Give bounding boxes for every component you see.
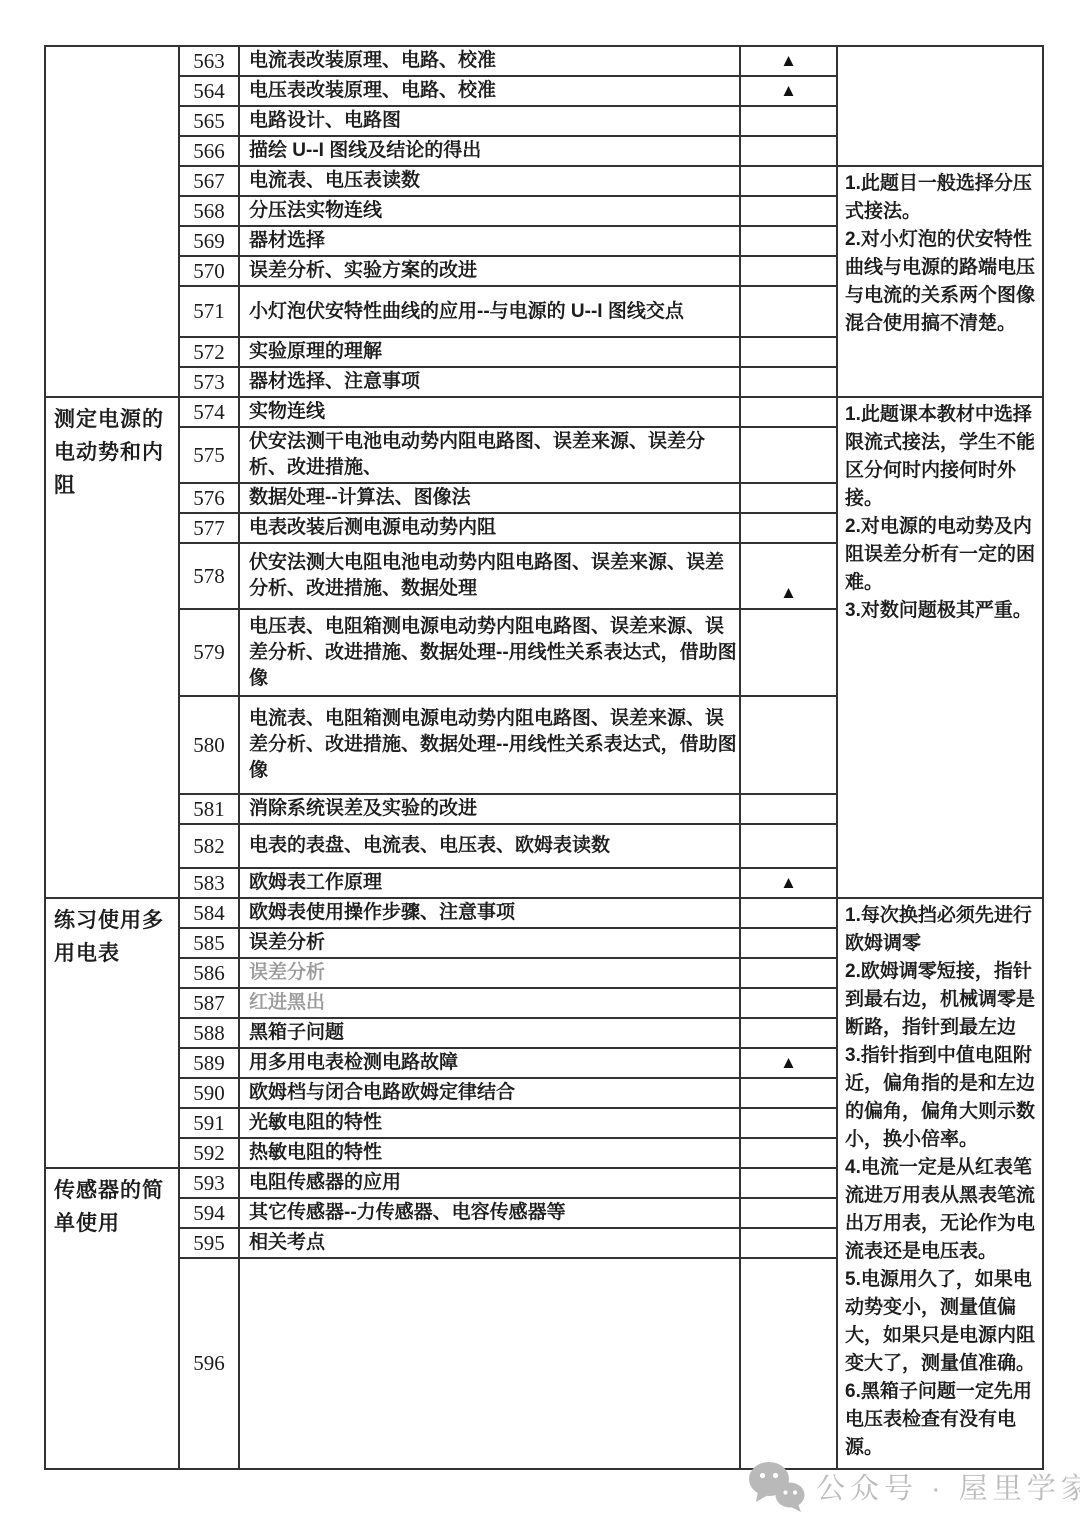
- topic-cell: 红进黑出: [239, 988, 740, 1018]
- topic-cell: 黑箱子问题: [239, 1018, 740, 1048]
- topic-cell: 器材选择、注意事项: [239, 367, 740, 397]
- category-cell: 练习使用多用电表: [45, 898, 179, 1168]
- topic-cell: 电路设计、电路图: [239, 106, 740, 136]
- row-number: 573: [179, 367, 239, 397]
- marker-cell-empty: [740, 1078, 837, 1108]
- topic-cell: 其它传感器--力传感器、电容传感器等: [239, 1198, 740, 1228]
- triangle-marker-cell: ▲: [740, 1048, 837, 1078]
- marker-cell-empty: [740, 483, 837, 513]
- row-number: 571: [179, 286, 239, 337]
- row-number: 563: [179, 46, 239, 76]
- topic-cell: 描绘 U--I 图线及结论的得出: [239, 136, 740, 166]
- topic-cell: 误差分析: [239, 928, 740, 958]
- topic-cell: 误差分析: [239, 958, 740, 988]
- watermark: 公众号 · 屋里学家: [746, 1458, 1080, 1514]
- triangle-marker-cell: ▲: [740, 76, 837, 106]
- row-number: 591: [179, 1108, 239, 1138]
- marker-cell-empty: [740, 958, 837, 988]
- row-number: 569: [179, 226, 239, 256]
- note-item: 4.电流一定是从红表笔流进万用表从黑表笔流出万用表，无论作为电流表还是电压表。: [845, 1154, 1038, 1266]
- row-number: 596: [179, 1258, 239, 1469]
- triangle-icon: ▲: [780, 583, 797, 602]
- row-number: 595: [179, 1228, 239, 1258]
- marker-cell-empty: [740, 1228, 837, 1258]
- topic-cell: 电流表、电阻箱测电源电动势内阻电路图、误差来源、误差分析、改进措施、数据处理--…: [239, 696, 740, 794]
- row-number: 593: [179, 1168, 239, 1198]
- note-item: 1.每次换挡必须先进行欧姆调零: [845, 902, 1038, 958]
- topic-cell: 欧姆表工作原理: [239, 868, 740, 898]
- notes-cell: 1.每次换挡必须先进行欧姆调零2.欧姆调零短接，指针到最右边，机械调零是断路，指…: [837, 898, 1043, 1469]
- triangle-icon: ▲: [780, 81, 797, 100]
- marker-cell-empty: [740, 367, 837, 397]
- topic-cell: 电流表改装原理、电路、校准: [239, 46, 740, 76]
- row-number: 570: [179, 256, 239, 286]
- page: 563电流表改装原理、电路、校准▲564电压表改装原理、电路、校准▲565电路设…: [0, 0, 1080, 1526]
- topic-cell: 消除系统误差及实验的改进: [239, 794, 740, 824]
- marker-cell-empty: [740, 1108, 837, 1138]
- row-number: 578: [179, 543, 239, 609]
- note-item: 2.对电源的电动势及内阻误差分析有一定的困难。: [845, 513, 1038, 597]
- marker-cell-empty: [740, 256, 837, 286]
- wechat-icon: [746, 1458, 806, 1514]
- note-item: 2.对小灯泡的伏安特性曲线与电源的路端电压与电流的关系两个图像混合使用搞不清楚。: [845, 226, 1038, 338]
- row-number: 572: [179, 337, 239, 367]
- topic-cell: 电压表、电阻箱测电源电动势内阻电路图、误差来源、误差分析、改进措施、数据处理--…: [239, 609, 740, 696]
- watermark-text: 公众号 · 屋里学家: [816, 1466, 1080, 1507]
- marker-cell-empty: [740, 1018, 837, 1048]
- marker-cell-empty: [740, 1168, 837, 1198]
- note-item: 3.对数问题极其严重。: [845, 597, 1038, 625]
- note-item: 5.电源用久了，如果电动势变小，测量值偏大，如果只是电源内阻变大了，测量值准确。: [845, 1266, 1038, 1378]
- row-number: 565: [179, 106, 239, 136]
- row-number: 583: [179, 868, 239, 898]
- category-cell: 传感器的简单使用: [45, 1168, 179, 1469]
- topic-cell: 实物连线: [239, 397, 740, 427]
- table-row: 测定电源的电动势和内阻574实物连线1.此题课本教材中选择限流式接法，学生不能区…: [45, 397, 1043, 427]
- topic-cell: 小灯泡伏安特性曲线的应用--与电源的 U--I 图线交点: [239, 286, 740, 337]
- row-number: 564: [179, 76, 239, 106]
- row-number: 594: [179, 1198, 239, 1228]
- row-number: 587: [179, 988, 239, 1018]
- table-row: 练习使用多用电表584欧姆表使用操作步骤、注意事项1.每次换挡必须先进行欧姆调零…: [45, 898, 1043, 928]
- row-number: 579: [179, 609, 239, 696]
- row-number: 590: [179, 1078, 239, 1108]
- note-item: 1.此题课本教材中选择限流式接法，学生不能区分何时内接何时外接。: [845, 401, 1038, 513]
- table-row: 563电流表改装原理、电路、校准▲: [45, 46, 1043, 76]
- row-number: 588: [179, 1018, 239, 1048]
- topic-cell: 电表改装后测电源电动势内阻: [239, 513, 740, 543]
- marker-cell-empty: [740, 824, 837, 868]
- row-number: 586: [179, 958, 239, 988]
- row-number: 577: [179, 513, 239, 543]
- category-cell: [45, 46, 179, 397]
- triangle-icon: ▲: [780, 1053, 797, 1072]
- row-number: 566: [179, 136, 239, 166]
- marker-cell-empty: [740, 166, 837, 196]
- table-body: 563电流表改装原理、电路、校准▲564电压表改装原理、电路、校准▲565电路设…: [45, 46, 1043, 1469]
- topic-cell: 电表的表盘、电流表、电压表、欧姆表读数: [239, 824, 740, 868]
- topic-cell: 分压法实物连线: [239, 196, 740, 226]
- topic-cell: 电阻传感器的应用: [239, 1168, 740, 1198]
- row-number: 575: [179, 427, 239, 483]
- notes-cell: 1.此题课本教材中选择限流式接法，学生不能区分何时内接何时外接。2.对电源的电动…: [837, 397, 1043, 898]
- row-number: 582: [179, 824, 239, 868]
- topic-cell: 电流表、电压表读数: [239, 166, 740, 196]
- note-item: 2.欧姆调零短接，指针到最右边，机械调零是断路，指针到最左边: [845, 958, 1038, 1042]
- notes-cell: 1.此题目一般选择分压式接法。2.对小灯泡的伏安特性曲线与电源的路端电压与电流的…: [837, 166, 1043, 397]
- note-item: 3.指针指到中值电阻附近，偏角指的是和左边的偏角，偏角大则示数小，换小倍率。: [845, 1042, 1038, 1154]
- triangle-marker-cell: ▲: [740, 543, 837, 609]
- topic-cell: 欧姆表使用操作步骤、注意事项: [239, 898, 740, 928]
- topic-cell: 光敏电阻的特性: [239, 1108, 740, 1138]
- marker-cell-empty: [740, 226, 837, 256]
- topic-cell: 伏安法测干电池电动势内阻电路图、误差来源、误差分析、改进措施、: [239, 427, 740, 483]
- marker-cell-empty: [740, 1258, 837, 1469]
- marker-cell-empty: [740, 427, 837, 483]
- triangle-icon: ▲: [780, 51, 797, 70]
- topic-cell: 器材选择: [239, 226, 740, 256]
- row-number: 580: [179, 696, 239, 794]
- topic-cell: 误差分析、实验方案的改进: [239, 256, 740, 286]
- marker-cell-empty: [740, 794, 837, 824]
- marker-cell-empty: [740, 1138, 837, 1168]
- topic-cell: 数据处理--计算法、图像法: [239, 483, 740, 513]
- notes-cell: [837, 46, 1043, 166]
- marker-cell-empty: [740, 898, 837, 928]
- marker-cell-empty: [740, 196, 837, 226]
- marker-cell-empty: [740, 609, 837, 696]
- marker-cell-empty: [740, 106, 837, 136]
- note-item: 1.此题目一般选择分压式接法。: [845, 170, 1038, 226]
- row-number: 589: [179, 1048, 239, 1078]
- row-number: 567: [179, 166, 239, 196]
- table-row: 567电流表、电压表读数1.此题目一般选择分压式接法。2.对小灯泡的伏安特性曲线…: [45, 166, 1043, 196]
- knowledge-point-table: 563电流表改装原理、电路、校准▲564电压表改装原理、电路、校准▲565电路设…: [44, 45, 1044, 1470]
- marker-cell-empty: [740, 513, 837, 543]
- marker-cell-empty: [740, 397, 837, 427]
- category-cell: 测定电源的电动势和内阻: [45, 397, 179, 898]
- marker-cell-empty: [740, 928, 837, 958]
- row-number: 576: [179, 483, 239, 513]
- row-number: 592: [179, 1138, 239, 1168]
- marker-cell-empty: [740, 696, 837, 794]
- row-number: 581: [179, 794, 239, 824]
- row-number: 584: [179, 898, 239, 928]
- triangle-marker-cell: ▲: [740, 46, 837, 76]
- topic-cell: 实验原理的理解: [239, 337, 740, 367]
- topic-cell: [239, 1258, 740, 1469]
- marker-cell-empty: [740, 286, 837, 337]
- topic-cell: 电压表改装原理、电路、校准: [239, 76, 740, 106]
- note-item: 6.黑箱子问题一定先用电压表检查有没有电源。: [845, 1378, 1038, 1462]
- row-number: 585: [179, 928, 239, 958]
- marker-cell-empty: [740, 136, 837, 166]
- triangle-marker-cell: ▲: [740, 868, 837, 898]
- topic-cell: 伏安法测大电阻电池电动势内阻电路图、误差来源、误差分析、改进措施、数据处理: [239, 543, 740, 609]
- marker-cell-empty: [740, 1198, 837, 1228]
- marker-cell-empty: [740, 337, 837, 367]
- row-number: 574: [179, 397, 239, 427]
- topic-cell: 欧姆档与闭合电路欧姆定律结合: [239, 1078, 740, 1108]
- topic-cell: 热敏电阻的特性: [239, 1138, 740, 1168]
- row-number: 568: [179, 196, 239, 226]
- topic-cell: 相关考点: [239, 1228, 740, 1258]
- triangle-icon: ▲: [780, 873, 797, 892]
- marker-cell-empty: [740, 988, 837, 1018]
- topic-cell: 用多用电表检测电路故障: [239, 1048, 740, 1078]
